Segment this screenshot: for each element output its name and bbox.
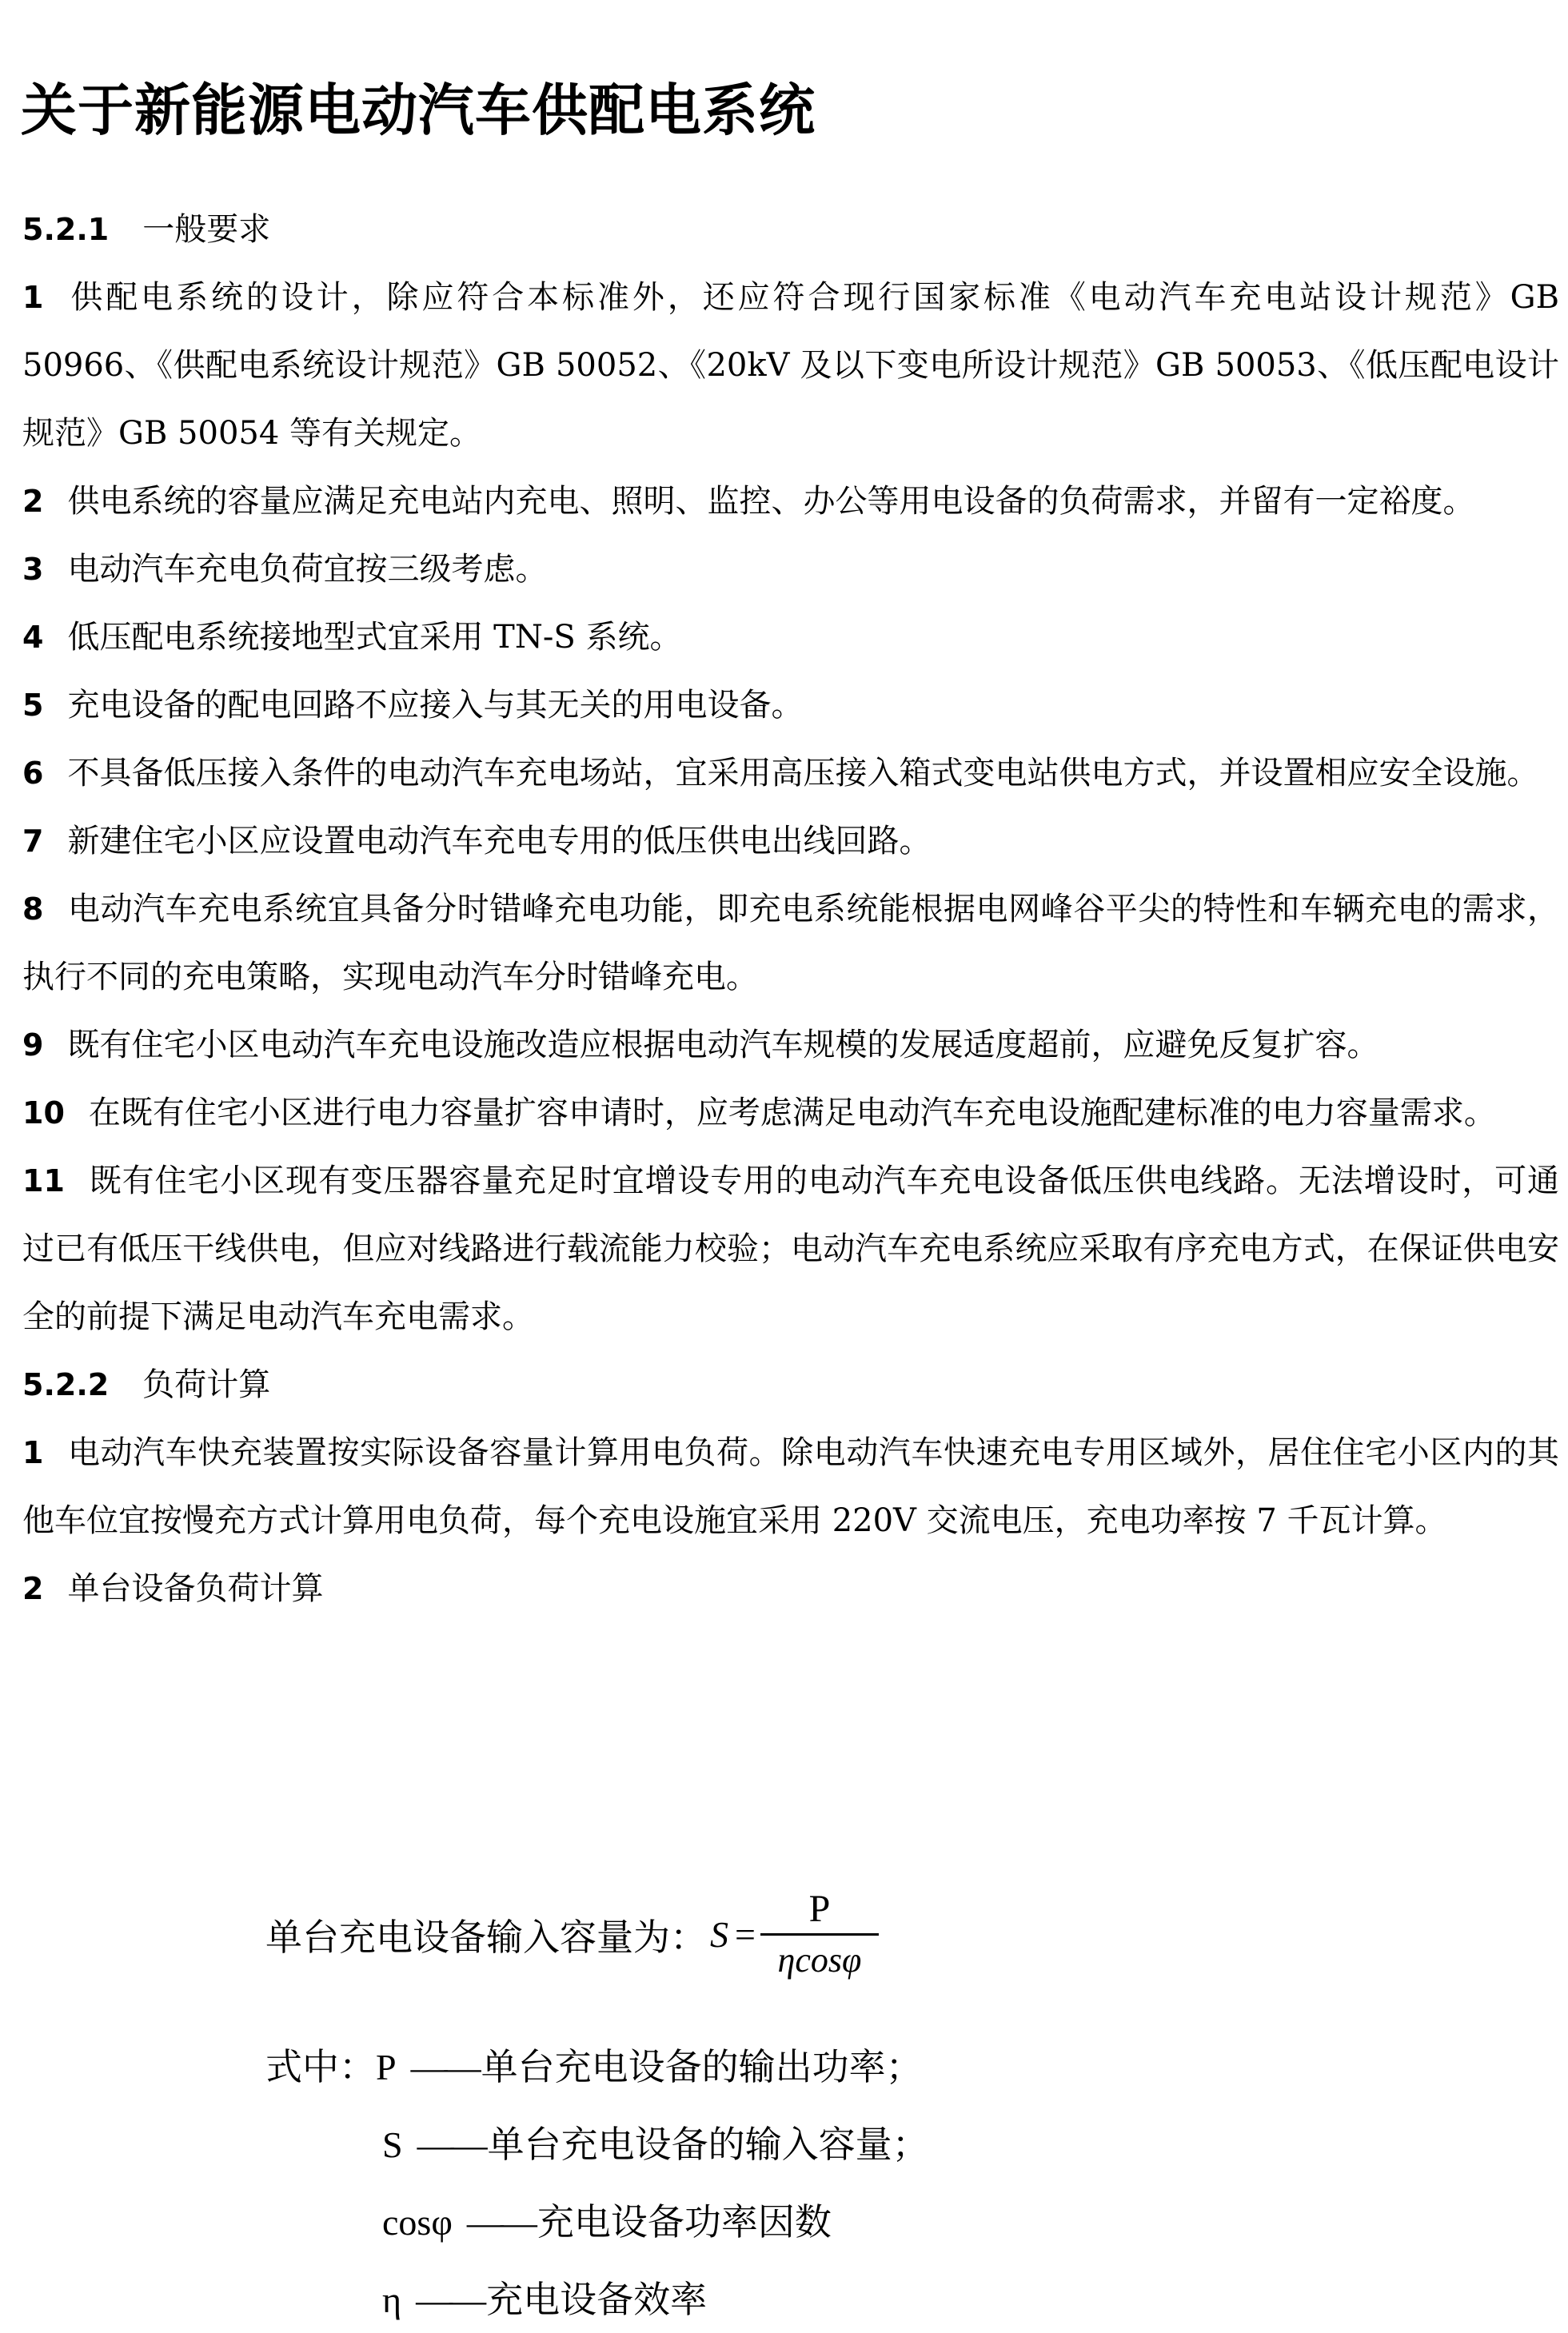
document-body: 5.2.1一般要求 1供配电系统的设计，除应符合本标准外，还应符合现行国家标准《… xyxy=(22,196,1559,1623)
item-number: 2 xyxy=(22,484,43,519)
definition-row: 式中：P——单台充电设备的输出功率； xyxy=(265,2028,929,2106)
item-text: 电动汽车充电负荷宜按三级考虑。 xyxy=(67,551,547,588)
section-title: 负荷计算 xyxy=(142,1366,270,1403)
formula-row: 单台充电设备输入容量为： S = P ηcosφ xyxy=(265,1887,879,1982)
formula-denominator: ηcosφ xyxy=(778,1939,862,1982)
item-text: 不具备低压接入条件的电动汽车充电场站，宜采用高压接入箱式变电站供电方式，并设置相… xyxy=(67,755,1538,792)
fraction-bar xyxy=(760,1933,879,1936)
item-text: 供配电系统的设计，除应符合本标准外，还应符合现行国家标准《电动汽车充电站设计规范… xyxy=(22,279,1559,452)
item-number: 4 xyxy=(22,620,43,655)
item-number: 9 xyxy=(22,1027,43,1063)
list-item: 1供配电系统的设计，除应符合本标准外，还应符合现行国家标准《电动汽车充电站设计规… xyxy=(22,264,1559,468)
item-number: 10 xyxy=(22,1095,65,1131)
definition-symbol: S xyxy=(382,2124,403,2165)
list-item: 11既有住宅小区现有变压器容量充足时宜增设专用的电动汽车充电设备低压供电线路。无… xyxy=(22,1147,1559,1351)
list-item: 8电动汽车充电系统宜具备分时错峰充电功能，即充电系统能根据电网峰谷平尖的特性和车… xyxy=(22,875,1559,1011)
item-number: 1 xyxy=(22,280,43,315)
section-title: 一般要求 xyxy=(142,211,270,248)
formula-definitions: 式中：P——单台充电设备的输出功率； S——单台充电设备的输入容量； cosφ—… xyxy=(265,2028,929,2333)
item-number: 6 xyxy=(22,756,43,791)
section-number: 5.2.1 xyxy=(22,212,109,247)
item-text: 电动汽车快充装置按实际设备容量计算用电负荷。除电动汽车快速充电专用区域外，居住住… xyxy=(22,1434,1559,1539)
item-number: 7 xyxy=(22,824,43,859)
definition-symbol: P xyxy=(376,2047,397,2088)
definition-text: 单台充电设备的输出功率； xyxy=(481,2047,923,2088)
page-title: 关于新能源电动汽车供配电系统 xyxy=(21,70,816,150)
definition-row: S——单台充电设备的输入容量； xyxy=(265,2106,929,2183)
definition-dash: —— xyxy=(467,2202,534,2243)
item-text: 既有住宅小区电动汽车充电设施改造应根据电动汽车规模的发展适度超前，应避免反复扩容… xyxy=(67,1027,1378,1063)
definition-row: η——充电设备效率 xyxy=(265,2261,929,2333)
item-number: 8 xyxy=(22,891,43,927)
document-page: 关于新能源电动汽车供配电系统 5.2.1一般要求 1供配电系统的设计，除应符合本… xyxy=(0,0,1568,2333)
definition-symbol: cosφ xyxy=(382,2202,453,2243)
section-number: 5.2.2 xyxy=(22,1367,109,1402)
item-text: 新建住宅小区应设置电动汽车充电专用的低压供电出线回路。 xyxy=(67,823,931,859)
formula-fraction: P ηcosφ xyxy=(760,1887,879,1982)
definition-text: 充电设备功率因数 xyxy=(537,2202,832,2243)
definition-dash: —— xyxy=(416,2279,483,2320)
item-text: 电动汽车充电系统宜具备分时错峰充电功能，即充电系统能根据电网峰谷平尖的特性和车辆… xyxy=(22,891,1559,995)
definition-row: cosφ——充电设备功率因数 xyxy=(265,2183,929,2261)
item-text: 低压配电系统接地型式宜采用 TN-S 系统。 xyxy=(67,619,681,656)
definition-dash: —— xyxy=(411,2047,478,2088)
list-item: 2供电系统的容量应满足充电站内充电、照明、监控、办公等用电设备的负荷需求，并留有… xyxy=(22,468,1559,536)
definition-text: 单台充电设备的输入容量； xyxy=(488,2124,929,2165)
item-number: 1 xyxy=(22,1435,43,1470)
item-text: 供电系统的容量应满足充电站内充电、照明、监控、办公等用电设备的负荷需求，并留有一… xyxy=(67,483,1474,520)
list-item: 2单台设备负荷计算 xyxy=(22,1555,1559,1623)
formula-label: 单台充电设备输入容量为： xyxy=(265,1908,707,1961)
definition-text: 充电设备效率 xyxy=(486,2279,707,2320)
list-item: 10在既有住宅小区进行电力容量扩容申请时，应考虑满足电动汽车充电设施配建标准的电… xyxy=(22,1079,1559,1147)
formula-lhs: S xyxy=(710,1913,728,1956)
list-item: 7新建住宅小区应设置电动汽车充电专用的低压供电出线回路。 xyxy=(22,808,1559,875)
item-number: 2 xyxy=(22,1571,43,1606)
item-number: 5 xyxy=(22,688,43,723)
definition-symbol: η xyxy=(382,2279,401,2320)
item-text: 在既有住宅小区进行电力容量扩容申请时，应考虑满足电动汽车充电设施配建标准的电力容… xyxy=(89,1095,1496,1131)
definition-dash: —— xyxy=(417,2124,485,2165)
list-item: 4低压配电系统接地型式宜采用 TN-S 系统。 xyxy=(22,604,1559,672)
list-item: 3电动汽车充电负荷宜按三级考虑。 xyxy=(22,536,1559,604)
item-number: 11 xyxy=(22,1163,65,1198)
list-item: 9既有住宅小区电动汽车充电设施改造应根据电动汽车规模的发展适度超前，应避免反复扩… xyxy=(22,1011,1559,1079)
definitions-prefix: 式中： xyxy=(265,2047,376,2088)
list-item: 1电动汽车快充装置按实际设备容量计算用电负荷。除电动汽车快速充电专用区域外，居住… xyxy=(22,1419,1559,1555)
section-heading: 5.2.2负荷计算 xyxy=(22,1351,1559,1419)
section-heading: 5.2.1一般要求 xyxy=(22,196,1559,264)
item-text: 既有住宅小区现有变压器容量充足时宜增设专用的电动汽车充电设备低压供电线路。无法增… xyxy=(22,1163,1559,1335)
list-item: 6不具备低压接入条件的电动汽车充电场站，宜采用高压接入箱式变电站供电方式，并设置… xyxy=(22,740,1559,808)
item-text: 充电设备的配电回路不应接入与其无关的用电设备。 xyxy=(67,687,803,724)
item-number: 3 xyxy=(22,552,43,587)
item-text: 单台设备负荷计算 xyxy=(67,1570,323,1607)
formula-numerator: P xyxy=(809,1887,831,1932)
formula-equals: = xyxy=(735,1913,756,1956)
list-item: 5充电设备的配电回路不应接入与其无关的用电设备。 xyxy=(22,672,1559,740)
